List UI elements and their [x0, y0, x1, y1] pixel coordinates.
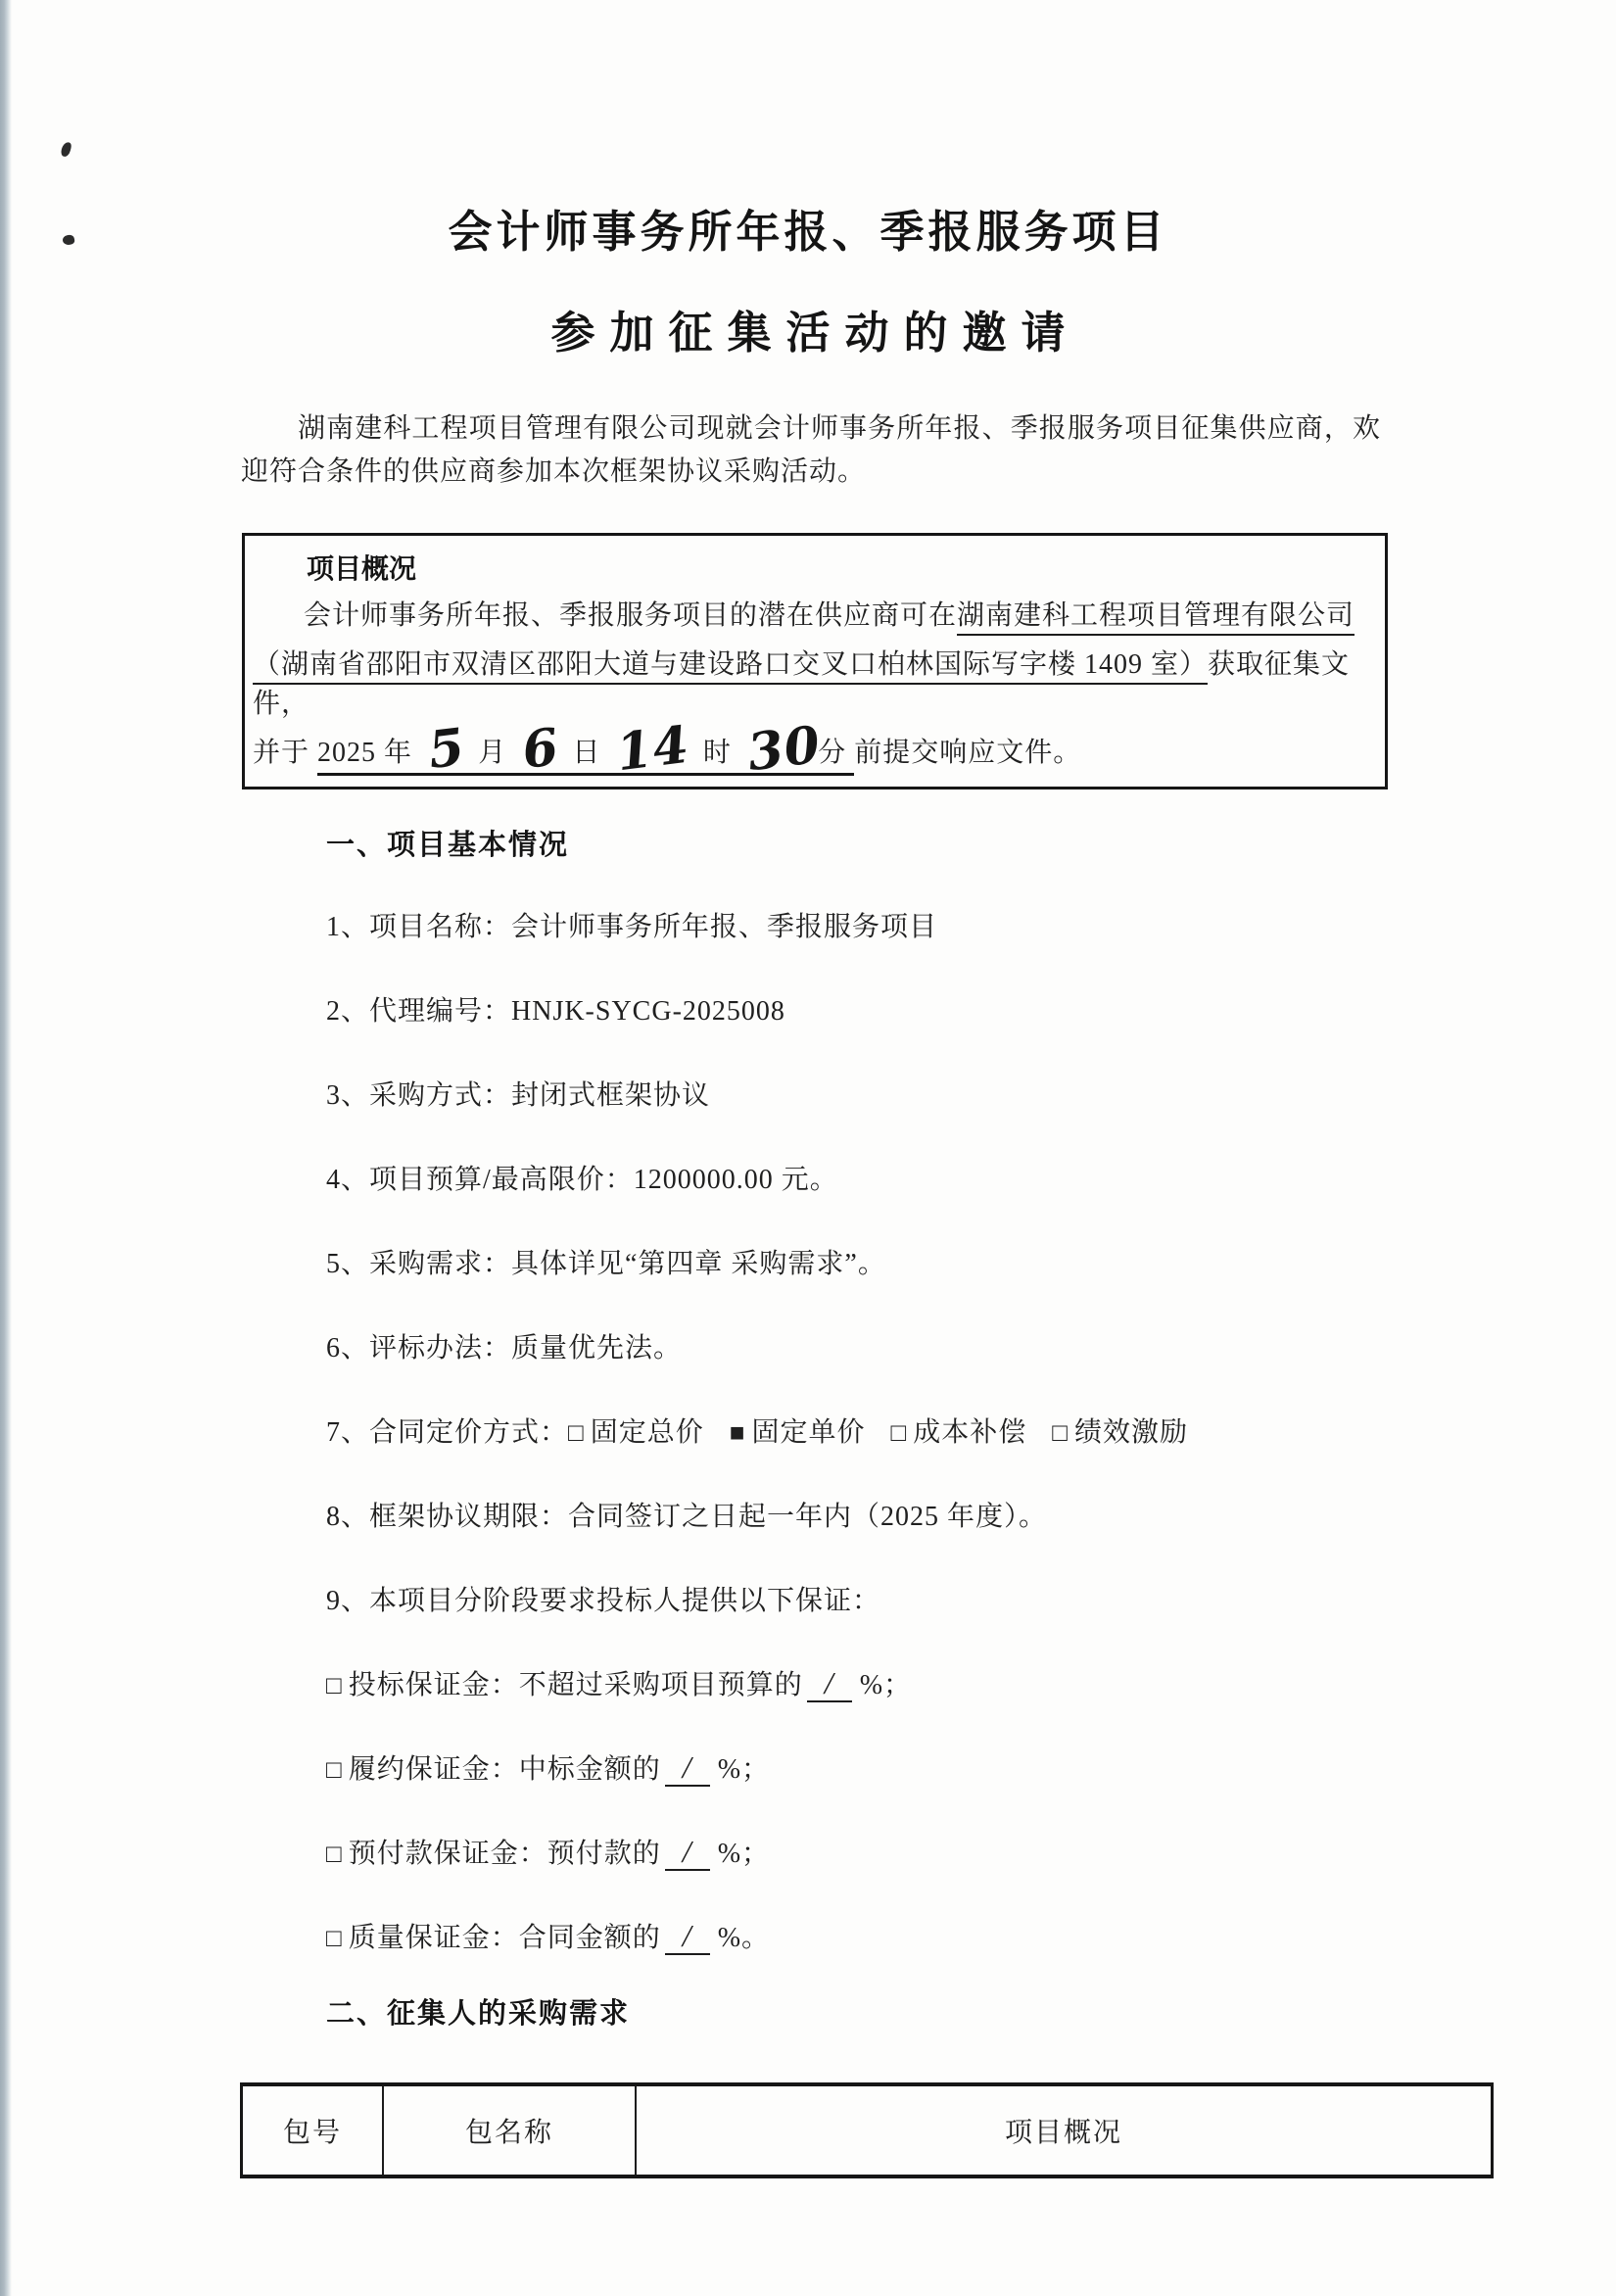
deadline-hour-unit: 时 [703, 738, 732, 768]
guarantee-bid-bond: □投标保证金：不超过采购项目预算的/%； [326, 1666, 1459, 1705]
fill-in-blank: / [807, 1668, 852, 1702]
fill-in-blank: / [665, 1921, 710, 1955]
page-title-line1: 会计师事务所年报、季报服务项目 [0, 196, 1616, 260]
overview-line-2: （湖南省邵阳市双清区邵阳大道与建设路口交叉口柏林国际写字楼 1409 室）获取征… [253, 646, 1375, 724]
deadline-suffix: 前提交响应文件。 [854, 738, 1081, 768]
overview-line1-text: 会计师事务所年报、季报服务项目的潜在供应商可在 [304, 600, 957, 631]
pricing-option-cost-compensation: □成本补偿 [890, 1417, 1026, 1448]
fill-in-blank: / [665, 1837, 710, 1871]
checkbox-unchecked-icon: □ [326, 1924, 343, 1952]
handwritten-day-value: 6 [523, 747, 559, 752]
checkbox-checked-icon: ■ [730, 1418, 746, 1447]
section1-heading: 一、项目基本情况 [326, 823, 1616, 863]
project-overview-box: 项目概况 会计师事务所年报、季报服务项目的潜在供应商可在湖南建科工程项目管理有限… [242, 533, 1388, 789]
overview-deadline-line: 并于 2025 年5月6日14时30分 前提交响应文件。 [253, 734, 1375, 773]
item-framework-period: 8、框架协议期限：合同签订之日起一年内（2025 年度）。 [326, 1498, 1459, 1537]
handwritten-minute-value: 30 [748, 744, 821, 753]
deadline-year: 2025 [317, 738, 376, 768]
guarantee-text: 投标保证金：不超过采购项目预算的 [349, 1670, 803, 1700]
fill-in-blank: / [665, 1752, 710, 1787]
table-header-package-name: 包名称 [383, 2084, 636, 2176]
handwritten-hour-value: 14 [617, 744, 689, 753]
guarantee-text: 履约保证金：中标金额的 [349, 1754, 661, 1785]
item-budget: 4、项目预算/最高限价：1200000.00 元。 [326, 1161, 1459, 1200]
pricing-option-label: 固定单价 [751, 1417, 865, 1448]
item-procurement-method: 3、采购方式：封闭式框架协议 [326, 1076, 1459, 1116]
pricing-option-label: 固定总价 [591, 1417, 704, 1448]
guarantee-suffix: %； [860, 1670, 912, 1700]
guarantee-text: 质量保证金：合同金额的 [349, 1923, 661, 1953]
item-contract-pricing: 7、合同定价方式：□固定总价■固定单价□成本补偿□绩效激励 [326, 1413, 1459, 1453]
table-header-project-overview: 项目概况 [636, 2084, 1493, 2176]
scan-edge-artifact [0, 0, 12, 2296]
pricing-option-label: 绩效激励 [1074, 1417, 1188, 1448]
item-procurement-demand: 5、采购需求：具体详见“第四章 采购需求”。 [326, 1245, 1459, 1284]
pricing-option-label: 成本补偿 [913, 1417, 1026, 1448]
checkbox-unchecked-icon: □ [326, 1671, 343, 1699]
ink-mark [60, 141, 71, 158]
blank-slash: / [683, 1918, 692, 1953]
checkbox-unchecked-icon: □ [326, 1755, 343, 1784]
procurement-demand-table: 包号 包名称 项目概况 [240, 2082, 1494, 2178]
deadline-day-unit: 日 [572, 738, 600, 768]
blank-slash: / [683, 1749, 692, 1785]
item-agency-number: 2、代理编号：HNJK-SYCG-2025008 [326, 992, 1459, 1031]
checkbox-unchecked-icon: □ [568, 1418, 585, 1447]
guarantee-suffix: %； [718, 1839, 770, 1869]
pricing-option-fixed-unit: ■固定单价 [730, 1417, 866, 1448]
guarantee-quality-bond: □质量保证金：合同金额的/%。 [326, 1919, 1459, 1958]
pricing-option-performance-incentive: □绩效激励 [1052, 1417, 1188, 1448]
deadline-month-unit: 月 [478, 738, 506, 768]
pricing-option-fixed-total: □固定总价 [568, 1417, 704, 1448]
item-evaluation-method: 6、评标办法：质量优先法。 [326, 1329, 1459, 1368]
company-address-underlined: （湖南省邵阳市双清区邵阳大道与建设路口交叉口柏林国际写字楼 1409 室） [253, 649, 1208, 685]
deadline-date-underlined: 2025 年5月6日14时30分 [317, 738, 854, 776]
deadline-year-unit: 年 [384, 738, 412, 768]
handwritten-month-value: 5 [429, 747, 465, 752]
overview-line-1: 会计师事务所年报、季报服务项目的潜在供应商可在湖南建科工程项目管理有限公司 [253, 597, 1375, 636]
checkbox-unchecked-icon: □ [326, 1840, 343, 1868]
guarantee-performance-bond: □履约保证金：中标金额的/%； [326, 1750, 1459, 1790]
table-header-row: 包号 包名称 项目概况 [242, 2084, 1493, 2176]
page-title-line2: 参加征集活动的邀请 [0, 297, 1616, 360]
guarantee-text: 预付款保证金：预付款的 [349, 1839, 661, 1869]
checkbox-unchecked-icon: □ [890, 1418, 907, 1447]
table-header-package-number: 包号 [242, 2084, 384, 2176]
section2-heading: 二、征集人的采购需求 [326, 1991, 1616, 2032]
company-name-underlined: 湖南建科工程项目管理有限公司 [957, 600, 1355, 636]
item-guarantee-intro: 9、本项目分阶段要求投标人提供以下保证： [326, 1582, 1459, 1621]
blank-slash: / [683, 1834, 692, 1869]
contract-pricing-label: 7、合同定价方式： [326, 1417, 568, 1448]
guarantee-suffix: %； [718, 1754, 770, 1785]
item-project-name: 1、项目名称：会计师事务所年报、季报服务项目 [326, 908, 1459, 947]
guarantee-suffix: %。 [718, 1923, 770, 1953]
scanned-document-page: 会计师事务所年报、季报服务项目 参加征集活动的邀请 湖南建科工程项目管理有限公司… [0, 0, 1616, 2296]
deadline-prefix: 并于 [253, 738, 309, 768]
intro-paragraph: 湖南建科工程项目管理有限公司现就会计师事务所年报、季报服务项目征集供应商，欢迎符… [241, 407, 1381, 494]
blank-slash: / [825, 1665, 834, 1700]
guarantee-prepayment-bond: □预付款保证金：预付款的/%； [326, 1835, 1459, 1874]
checkbox-unchecked-icon: □ [1052, 1418, 1069, 1447]
overview-box-heading: 项目概况 [307, 548, 1375, 587]
